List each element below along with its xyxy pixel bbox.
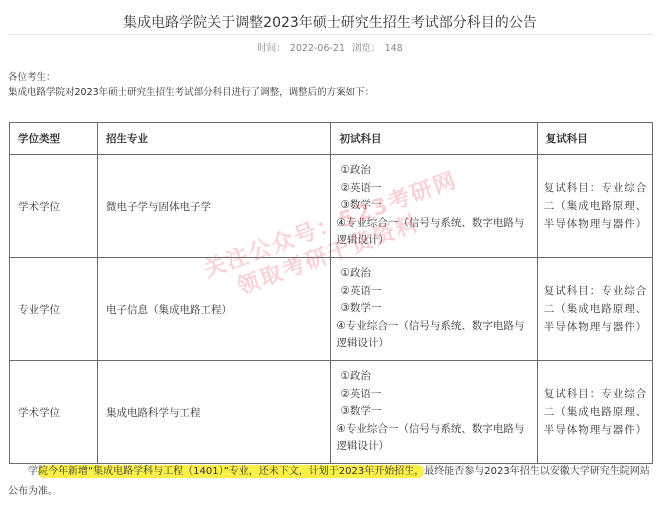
- cell-major: 集成电路科学与工程: [97, 361, 331, 464]
- subject-item: ③数学一: [336, 300, 528, 318]
- header-retest-subjects: 复试科目: [537, 123, 652, 155]
- table-header-row: 学位类型 招生专业 初试科目 复试科目: [10, 123, 653, 155]
- greeting: 各位考生：: [8, 69, 56, 83]
- cell-major: 电子信息（集成电路工程）: [97, 258, 331, 361]
- cell-retest-subjects: 复试科目：专业综合二（集成电路原理、半导体物理与器件）: [537, 361, 652, 464]
- cell-retest-subjects: 复试科目：专业综合二（集成电路原理、半导体物理与器件）: [537, 155, 652, 258]
- article-meta: 时间：2022-06-21 浏览：148: [0, 40, 660, 54]
- subject-item: ①政治: [336, 162, 528, 180]
- cell-retest-subjects: 复试科目：专业综合二（集成电路原理、半导体物理与器件）: [537, 258, 652, 361]
- subject-item: ①政治: [336, 368, 528, 386]
- views-label: 浏览：: [352, 43, 381, 54]
- highlighted-text: 院今年新增“集成电路学科与工程（1401）”专业，还未下文，计划于2023年开始…: [38, 465, 424, 478]
- exam-subjects-table: 学位类型 招生专业 初试科目 复试科目 学术学位 微电子学与固体电子学 ①政治 …: [9, 122, 653, 464]
- table-row: 学术学位 集成电路科学与工程 ①政治 ②英语一 ③数学一 ④专业综合一（信号与系…: [10, 361, 653, 464]
- cell-major: 微电子学与固体电子学: [97, 155, 331, 258]
- cell-degree-type: 专业学位: [10, 258, 98, 361]
- article-title: 集成电路学院关于调整2023年硕士研究生招生考试部分科目的公告: [0, 12, 660, 32]
- subject-item: ②英语一: [336, 283, 528, 301]
- footer-lead: 学: [28, 466, 38, 477]
- table-row: 学术学位 微电子学与固体电子学 ①政治 ②英语一 ③数学一 ④专业综合一（信号与…: [10, 155, 653, 258]
- cell-initial-subjects: ①政治 ②英语一 ③数学一 ④专业综合一（信号与系统、数字电路与逻辑设计）: [331, 155, 537, 258]
- subject-item: ①政治: [336, 265, 528, 283]
- cell-initial-subjects: ①政治 ②英语一 ③数学一 ④专业综合一（信号与系统、数字电路与逻辑设计）: [331, 361, 537, 464]
- footer-note: 学院今年新增“集成电路学科与工程（1401）”专业，还未下文，计划于2023年开…: [8, 462, 653, 502]
- subject-item: ④专业综合一（信号与系统、数字电路与逻辑设计）: [336, 421, 528, 456]
- header-major: 招生专业: [97, 123, 331, 155]
- subject-item: ④专业综合一（信号与系统、数字电路与逻辑设计）: [336, 318, 528, 353]
- time-value: 2022-06-21: [290, 43, 345, 54]
- header-initial-subjects: 初试科目: [331, 123, 537, 155]
- cell-degree-type: 学术学位: [10, 155, 98, 258]
- subject-item: ②英语一: [336, 386, 528, 404]
- subject-item: ③数学一: [336, 403, 528, 421]
- title-divider: [8, 34, 653, 35]
- cell-initial-subjects: ①政治 ②英语一 ③数学一 ④专业综合一（信号与系统、数字电路与逻辑设计）: [331, 258, 537, 361]
- time-label: 时间：: [257, 43, 286, 54]
- subject-item: ④专业综合一（信号与系统、数字电路与逻辑设计）: [336, 215, 528, 250]
- subject-item: ③数学一: [336, 197, 528, 215]
- intro-paragraph: 集成电路学院对2023年硕士研究生招生考试部分科目进行了调整，调整后的方案如下：: [8, 84, 374, 98]
- views-value: 148: [385, 43, 403, 54]
- cell-degree-type: 学术学位: [10, 361, 98, 464]
- subject-item: ②英语一: [336, 180, 528, 198]
- table-row: 专业学位 电子信息（集成电路工程） ①政治 ②英语一 ③数学一 ④专业综合一（信…: [10, 258, 653, 361]
- header-degree-type: 学位类型: [10, 123, 98, 155]
